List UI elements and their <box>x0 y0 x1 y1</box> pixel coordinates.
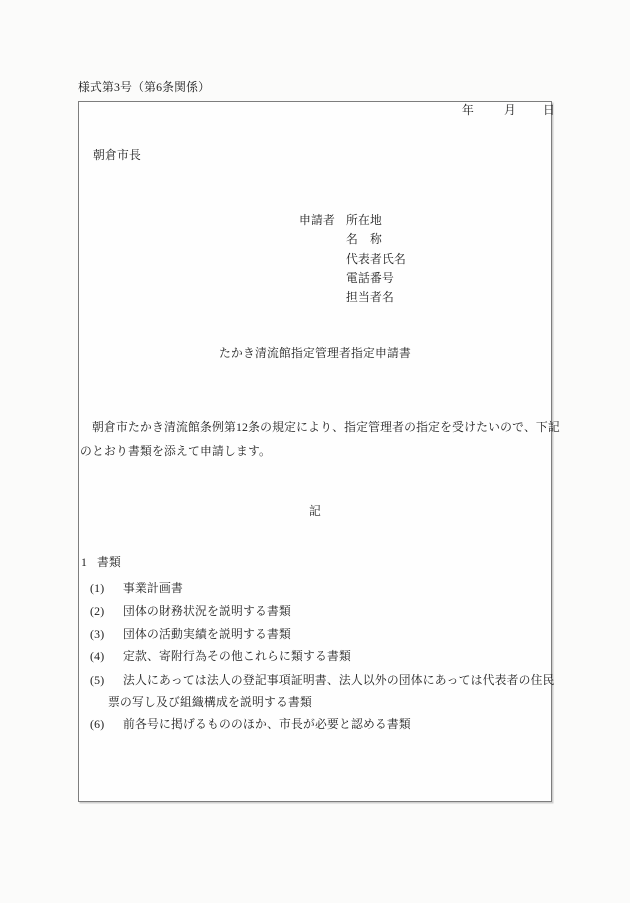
applicant-field-address: 所在地 <box>346 211 406 230</box>
list-item-4-number: (4) <box>90 651 123 663</box>
form-number-label: 様式第3号（第6条関係） <box>78 82 210 94</box>
date-day-label: 日 <box>543 105 555 117</box>
date-spacer <box>516 105 543 117</box>
list-item-4: (4)定款、寄附行為その他これらに類する書類 <box>90 651 351 663</box>
list-item-1: (1)事業計画書 <box>90 583 183 595</box>
documents-list-heading: 1書類 <box>81 557 121 569</box>
body-paragraph: 朝倉市たかき清流館条例第12条の規定により、指定管理者の指定を受けたいので、下記… <box>80 415 553 463</box>
applicant-fields: 所在地 名 称 代表者氏名 電話番号 担当者名 <box>346 211 406 307</box>
list-item-5-continuation: 票の写し及び組織構成を説明する書類 <box>108 697 312 709</box>
list-item-2-text: 団体の財務状況を説明する書類 <box>123 604 291 618</box>
list-item-2: (2)団体の財務状況を説明する書類 <box>90 606 291 618</box>
documents-list-heading-number: 1 <box>81 557 97 569</box>
recipient-title: 朝倉市長 <box>93 150 141 162</box>
list-item-4-text: 定款、寄附行為その他これらに類する書類 <box>123 649 351 663</box>
date-month-label: 月 <box>504 105 516 117</box>
applicant-label: 申請者 <box>299 215 335 227</box>
list-item-6-number: (6) <box>90 719 123 731</box>
body-paragraph-line-2: のとおり書類を添えて申請します。 <box>80 439 553 463</box>
date-spacer <box>474 105 504 117</box>
documents-list-heading-label: 書類 <box>97 555 121 569</box>
list-item-2-number: (2) <box>90 606 123 618</box>
list-item-5-number: (5) <box>90 675 123 687</box>
list-item-3-text: 団体の活動実績を説明する書類 <box>123 627 291 641</box>
list-item-6: (6)前各号に掲げるもののほか、市長が必要と認める書類 <box>90 719 411 731</box>
date-year-label: 年 <box>462 105 474 117</box>
list-item-6-text: 前各号に掲げるもののほか、市長が必要と認める書類 <box>123 717 411 731</box>
applicant-field-representative: 代表者氏名 <box>346 250 406 269</box>
document-title: たかき清流館指定管理者指定申請書 <box>78 348 552 360</box>
body-paragraph-line-1: 朝倉市たかき清流館条例第12条の規定により、指定管理者の指定を受けたいので、下記 <box>80 415 553 439</box>
list-item-5: (5)法人にあっては法人の登記事項証明書、法人以外の団体にあっては代表者の住民 <box>90 675 555 687</box>
list-item-3-number: (3) <box>90 629 123 641</box>
list-item-5-text: 法人にあっては法人の登記事項証明書、法人以外の団体にあっては代表者の住民 <box>123 673 555 687</box>
applicant-field-contact-person: 担当者名 <box>346 288 406 307</box>
applicant-field-name: 名 称 <box>346 230 406 249</box>
note-heading: 記 <box>78 506 552 518</box>
list-item-1-text: 事業計画書 <box>123 581 183 595</box>
applicant-field-phone: 電話番号 <box>346 269 406 288</box>
date-line: 年 月 日 <box>462 105 555 117</box>
list-item-1-number: (1) <box>90 583 123 595</box>
list-item-3: (3)団体の活動実績を説明する書類 <box>90 629 291 641</box>
